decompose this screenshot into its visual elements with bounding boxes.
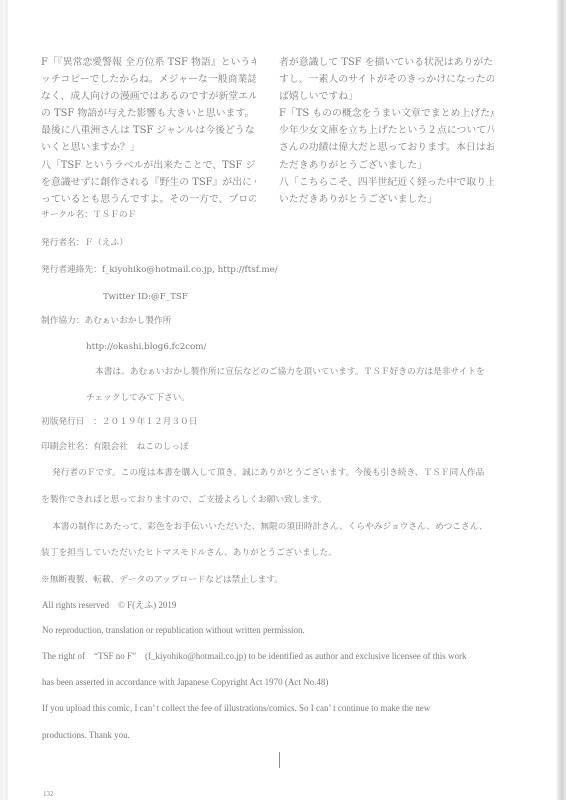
interview-right-column: 者が意識して TSF を描いている状況はありがたいで すし、一素人のサイトがその…: [279, 54, 494, 208]
cooperation-note-line: 本書は、あむぁいおかし製作所に宣伝などのご協力を頂いています。ＴＳＦ好きの方は是…: [95, 365, 485, 379]
thanks-line: 本書の制作にあたって、彩色をお手伝いいただいた、無限の須田時計さん、くらやみジョ…: [52, 520, 488, 534]
interview-left-line: を意識せずに創作される『野生の TSF』が出にくくな: [41, 174, 256, 191]
interview-right-line: 少年少女文庫を立ち上げたという２点について八重洲: [279, 122, 494, 139]
interview-left-line: ッチコピーでしたからね。メジャーな一般商業誌では: [41, 71, 256, 88]
rights-notice-line: No reproduction, translation or republic…: [42, 623, 305, 637]
printer-name: 印刷会社名：有限会社 ねこのしっぽ: [41, 440, 189, 454]
rights-notice-line: has been asserted in accordance with Jap…: [42, 675, 328, 689]
greeting-line: を製作できればと思っておりますので、ご支援よろしくお願い致します。: [41, 493, 327, 507]
cooperation-credit: 制作協力：あむぁいおかし製作所: [41, 314, 171, 328]
greeting-line: 発行者のＦです。この度は本書を購入して頂き、誠にありがとうございます。今後も引き…: [52, 466, 484, 480]
interview-right-line: すし、一素人のサイトがそのきっかけになったのなら: [279, 71, 494, 88]
interview-left-line: なく、成人向けの漫画ではあるのですが新堂エルさん: [41, 88, 256, 105]
interview-right-line: 八「こちらこそ、四半世紀近く経った中で取り上げて: [279, 174, 494, 191]
interview-left-line: 八「TSF というラベルが出来たことで、TSF ジャンル: [41, 157, 256, 174]
interview-right-line: ただきありがとうございました」: [279, 157, 494, 174]
interview-right-line: さんの功績は偉大だと思っております。本日はお話い: [279, 139, 494, 156]
cooperation-url: http://okashi.blog6.fc2com/: [86, 340, 206, 354]
interview-left-line: っているとも思うんですよ。その一方で、プロの創作: [41, 191, 256, 208]
page-number: 132: [43, 789, 54, 799]
publisher-name: 発行者名：Ｆ（えふ）: [41, 236, 128, 250]
copyright-line: All rights reserved © F(えふ) 2019: [42, 598, 176, 612]
circle-name: サークル名：ＴＳＦのＦ: [41, 208, 136, 222]
page-edge-right: [556, 0, 566, 800]
interview-right-line: ば嬉しいですね」: [279, 88, 494, 105]
thanks-line: 装丁を担当していただいたヒトマスモドルさん、ありがとうございました。: [41, 546, 337, 560]
publisher-contact: 発行者連絡先：f_kiyohiko@hotmail.co.jp, http://…: [41, 263, 278, 277]
center-crop-mark: [279, 752, 280, 768]
twitter-id: Twitter ID:@F_TSF: [103, 290, 188, 304]
interview-right-line: いただきありがとうございました」: [279, 191, 494, 208]
interview-right-line: 者が意識して TSF を描いている状況はありがたいで: [279, 54, 494, 71]
interview-left-line: いくと思いますか？」: [41, 139, 256, 156]
interview-left-column: F「『異常恋愛警報 全方位系 TSF 物語』というキャ ッチコピーでしたからね。…: [41, 54, 256, 208]
page-edge-left: [0, 0, 8, 800]
rights-notice-line: The right of “TSF no F” (f_kiyohiko@hotm…: [42, 649, 466, 663]
interview-left-line: の TSF 物語が与えた影響も大きいと思います。さて、: [41, 105, 256, 122]
rights-notice-line: productions. Thank you.: [42, 728, 130, 742]
rights-notice-line: If you upload this comic, I can’ t colle…: [42, 701, 430, 715]
interview-left-line: 最後に八重洲さんは TSF ジャンルは今後どうなって: [41, 122, 256, 139]
interview-left-line: F「『異常恋愛警報 全方位系 TSF 物語』というキャ: [41, 54, 256, 71]
cooperation-note-line: チェックしてみて下さい。: [86, 391, 190, 405]
prohibition-notice: ※無断複製、転載、データのアップロードなどは禁止します。: [41, 573, 283, 587]
first-edition-date: 初版発行日 ：２０１９年１２月３０日: [41, 415, 197, 429]
interview-right-line: F「TS ものの概念をうまい文章でまとめ上げた点と、: [279, 105, 494, 122]
